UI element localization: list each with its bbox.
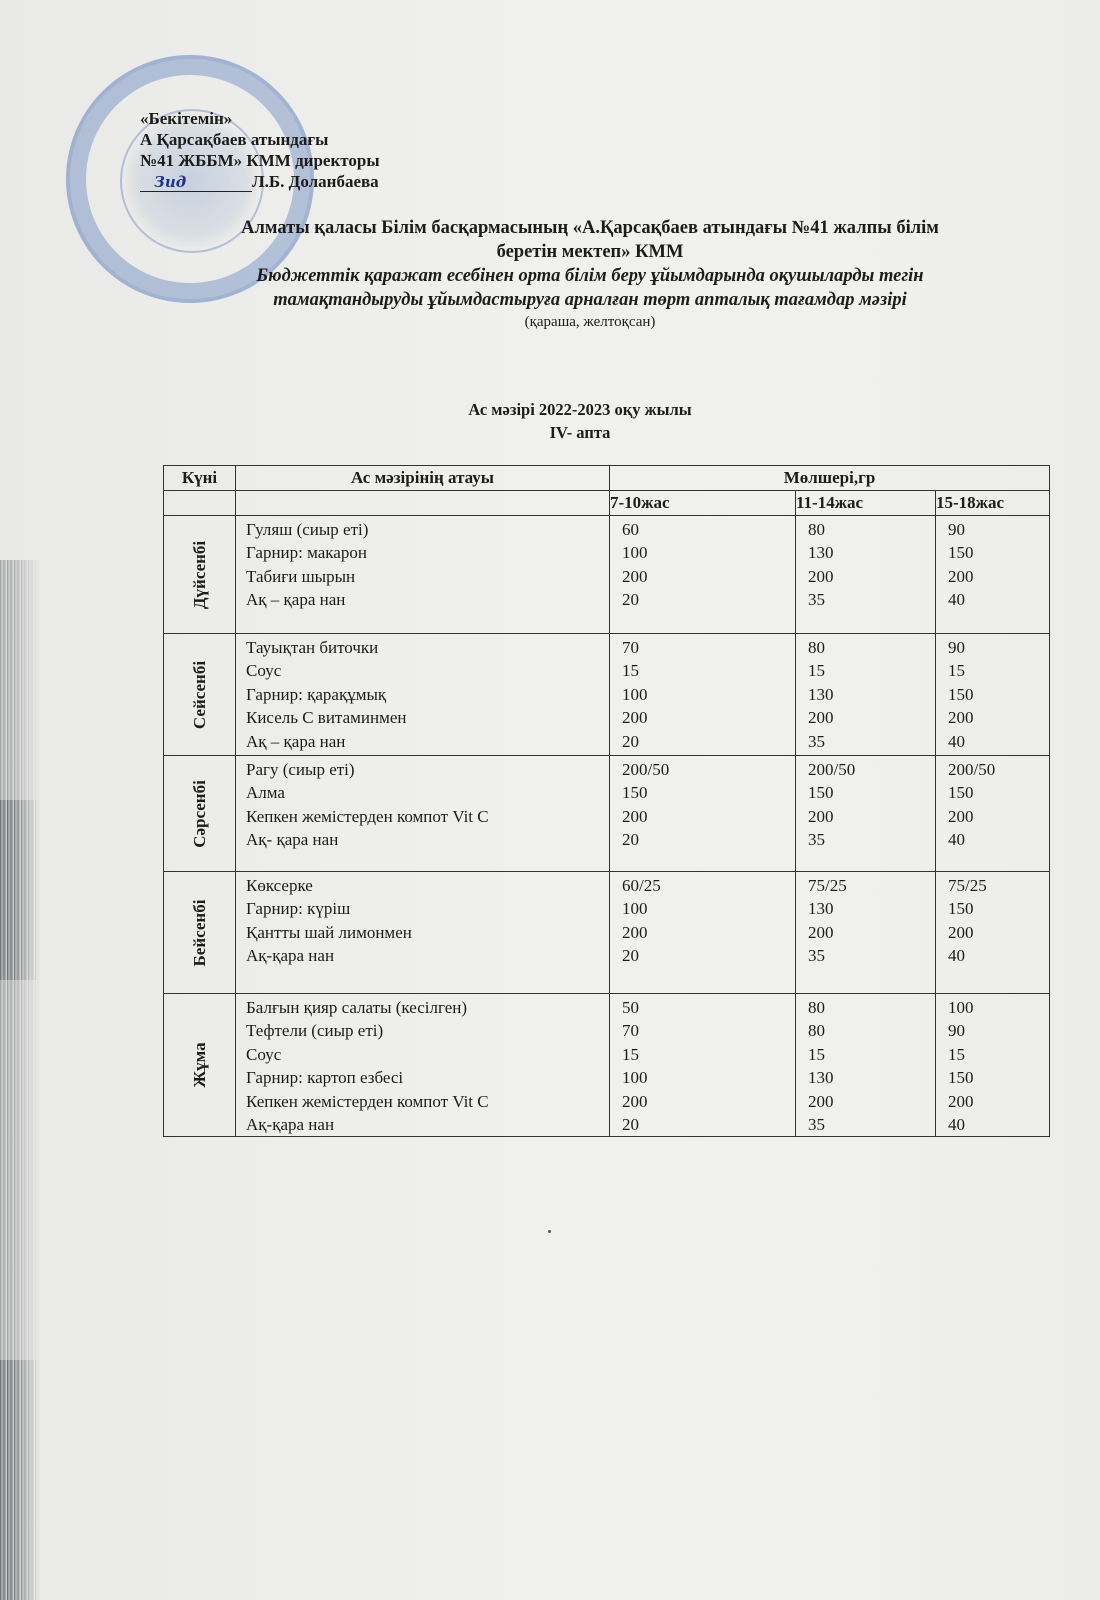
header-blank xyxy=(236,491,610,516)
menu-heading: Ас мәзірі 2022-2023 оқу жылы IV- апта xyxy=(150,398,1010,444)
day-label: Сәрсенбі xyxy=(190,780,210,848)
approval-position: №41 ЖББМ» КММ директоры xyxy=(140,150,380,171)
dish-item: Алма xyxy=(246,781,609,804)
amount-value: 20 xyxy=(622,1113,795,1136)
amount-value: 20 xyxy=(622,828,795,851)
dish-cell: Рагу (сиыр еті)АлмаКепкен жемістерден ко… xyxy=(236,756,610,872)
dish-item: Кепкен жемістерден компот Vit C xyxy=(246,1090,609,1113)
amount-cell-15-18: 75/2515020040 xyxy=(936,872,1050,994)
amount-value: 40 xyxy=(948,1113,1049,1136)
amount-value: 200 xyxy=(948,805,1049,828)
amount-value: 200 xyxy=(948,565,1049,588)
amount-cell-7-10: 200/5015020020 xyxy=(610,756,796,872)
amount-value: 200 xyxy=(948,921,1049,944)
amount-value: 50 xyxy=(622,996,795,1019)
scan-edge-shadow xyxy=(0,1360,40,1600)
amount-value: 200/50 xyxy=(948,758,1049,781)
table-row: ЖұмаБалғын қияр салаты (кесілген)Тефтели… xyxy=(164,994,1050,1137)
amount-value: 15 xyxy=(622,1043,795,1066)
day-label: Сейсенбі xyxy=(190,660,210,728)
amount-value: 60 xyxy=(622,518,795,541)
amount-value: 100 xyxy=(622,541,795,564)
header-age-7-10: 7-10жас xyxy=(610,491,796,516)
amount-value: 200/50 xyxy=(808,758,935,781)
approval-signature-line: ЗидЛ.Б. Доланбаева xyxy=(140,171,380,192)
dish-item: Табиғи шырын xyxy=(246,565,609,588)
amount-value: 40 xyxy=(948,828,1049,851)
amount-cell-11-14: 80801513020035 xyxy=(796,994,936,1137)
dish-item: Қантты шай лимонмен xyxy=(246,921,609,944)
amount-value: 150 xyxy=(948,897,1049,920)
day-label: Дүйсенбі xyxy=(190,540,210,608)
amount-value: 35 xyxy=(808,944,935,967)
table-row: СәрсенбіРагу (сиыр еті)АлмаКепкен жеміст… xyxy=(164,756,1050,872)
day-cell: Сәрсенбі xyxy=(164,756,236,872)
dish-item: Гарнир: қарақұмық xyxy=(246,683,609,706)
dish-item: Көксерке xyxy=(246,874,609,897)
amount-value: 100 xyxy=(622,897,795,920)
dish-item: Ақ-қара нан xyxy=(246,944,609,967)
header-dish: Ас мәзірінің атауы xyxy=(236,466,610,491)
dish-item: Кисель С витаминмен xyxy=(246,706,609,729)
amount-value: 100 xyxy=(622,1066,795,1089)
header-age-15-18: 15-18жас xyxy=(936,491,1050,516)
amount-value: 200 xyxy=(948,706,1049,729)
document-title: Алматы қаласы Білім басқармасының «А.Қар… xyxy=(140,216,1040,332)
amount-value: 200 xyxy=(622,805,795,828)
amount-value: 60/25 xyxy=(622,874,795,897)
title-line-2: беретін мектеп» КММ xyxy=(140,240,1040,264)
amount-value: 70 xyxy=(622,1019,795,1042)
title-line-1: Алматы қаласы Білім басқармасының «А.Қар… xyxy=(140,216,1040,240)
dish-item: Кепкен жемістерден компот Vit C xyxy=(246,805,609,828)
title-line-4: тамақтандыруды ұйымдастыруға арналған тө… xyxy=(140,288,1040,312)
amount-value: 35 xyxy=(808,1113,935,1136)
amount-value: 200 xyxy=(808,565,935,588)
amount-value: 80 xyxy=(808,996,935,1019)
amount-value: 200 xyxy=(808,805,935,828)
director-name: Л.Б. Доланбаева xyxy=(252,172,379,191)
dish-item: Тефтели (сиыр еті) xyxy=(246,1019,609,1042)
day-cell: Бейсенбі xyxy=(164,872,236,994)
amount-value: 150 xyxy=(808,781,935,804)
table-row: ДүйсенбіГуляш (сиыр еті)Гарнир: макаронТ… xyxy=(164,516,1050,634)
amount-value: 200 xyxy=(622,921,795,944)
amount-value: 90 xyxy=(948,1019,1049,1042)
amount-cell-15-18: 200/5015020040 xyxy=(936,756,1050,872)
table-row: СейсенбіТауықтан биточкиСоусГарнир: қара… xyxy=(164,634,1050,756)
dish-item: Ақ – қара нан xyxy=(246,588,609,611)
amount-value: 15 xyxy=(948,1043,1049,1066)
approval-school: А Қарсақбаев атындағы xyxy=(140,129,380,150)
dish-item: Гарнир: картоп езбесі xyxy=(246,1066,609,1089)
amount-value: 80 xyxy=(808,636,935,659)
amount-value: 20 xyxy=(622,588,795,611)
amount-value: 90 xyxy=(948,518,1049,541)
amount-value: 100 xyxy=(948,996,1049,1019)
table-row: БейсенбіКөксеркеГарнир: күрішҚантты шай … xyxy=(164,872,1050,994)
dish-item: Ақ – қара нан xyxy=(246,730,609,753)
table-header-row: Күні Ас мәзірінің атауы Мөлшері,гр xyxy=(164,466,1050,491)
menu-year: Ас мәзірі 2022-2023 оқу жылы xyxy=(150,398,1010,421)
amount-value: 70 xyxy=(622,636,795,659)
amount-value: 130 xyxy=(808,1066,935,1089)
dish-item: Гарнир: күріш xyxy=(246,897,609,920)
amount-cell-11-14: 75/2513020035 xyxy=(796,872,936,994)
title-line-3: Бюджеттік қаражат есебінен орта білім бе… xyxy=(140,264,1040,288)
amount-cell-15-18: 100901515020040 xyxy=(936,994,1050,1137)
amount-cell-11-14: 801513020035 xyxy=(796,634,936,756)
amount-value: 200 xyxy=(808,921,935,944)
menu-week: IV- апта xyxy=(150,421,1010,444)
amount-value: 150 xyxy=(948,541,1049,564)
amount-value: 35 xyxy=(808,730,935,753)
amount-value: 35 xyxy=(808,828,935,851)
amount-value: 200/50 xyxy=(622,758,795,781)
amount-value: 40 xyxy=(948,730,1049,753)
amount-value: 200 xyxy=(948,1090,1049,1113)
header-blank xyxy=(164,491,236,516)
dish-item: Рагу (сиыр еті) xyxy=(246,758,609,781)
approval-block: «Бекітемін» А Қарсақбаев атындағы №41 ЖБ… xyxy=(140,108,380,192)
amount-cell-11-14: 8013020035 xyxy=(796,516,936,634)
stray-mark xyxy=(548,1230,551,1233)
dish-cell: КөксеркеГарнир: күрішҚантты шай лимонмен… xyxy=(236,872,610,994)
amount-value: 40 xyxy=(948,588,1049,611)
title-period: (қараша, желтоқсан) xyxy=(140,312,1040,332)
amount-value: 200 xyxy=(622,565,795,588)
dish-cell: Тауықтан биточкиСоусГарнир: қарақұмықКис… xyxy=(236,634,610,756)
amount-value: 150 xyxy=(948,1066,1049,1089)
amount-value: 130 xyxy=(808,683,935,706)
amount-cell-15-18: 901515020040 xyxy=(936,634,1050,756)
amount-cell-15-18: 9015020040 xyxy=(936,516,1050,634)
amount-cell-7-10: 701510020020 xyxy=(610,634,796,756)
amount-value: 130 xyxy=(808,897,935,920)
amount-value: 150 xyxy=(622,781,795,804)
amount-value: 200 xyxy=(622,1090,795,1113)
amount-value: 200 xyxy=(808,1090,935,1113)
dish-item: Гарнир: макарон xyxy=(246,541,609,564)
dish-item: Ақ- қара нан xyxy=(246,828,609,851)
amount-value: 15 xyxy=(622,659,795,682)
amount-cell-7-10: 50701510020020 xyxy=(610,994,796,1137)
dish-item: Гуляш (сиыр еті) xyxy=(246,518,609,541)
dish-item: Тауықтан биточки xyxy=(246,636,609,659)
amount-value: 80 xyxy=(808,518,935,541)
dish-item: Ақ-қара нан xyxy=(246,1113,609,1136)
signature: Зид xyxy=(140,174,252,192)
amount-value: 20 xyxy=(622,944,795,967)
day-cell: Дүйсенбі xyxy=(164,516,236,634)
amount-value: 200 xyxy=(622,706,795,729)
amount-value: 200 xyxy=(808,706,935,729)
amount-value: 100 xyxy=(622,683,795,706)
amount-value: 20 xyxy=(622,730,795,753)
amount-value: 90 xyxy=(948,636,1049,659)
header-amount: Мөлшері,гр xyxy=(610,466,1050,491)
day-label: Бейсенбі xyxy=(190,899,210,966)
scan-edge-shadow xyxy=(0,800,40,980)
amount-cell-7-10: 6010020020 xyxy=(610,516,796,634)
dish-cell: Гуляш (сиыр еті)Гарнир: макаронТабиғи шы… xyxy=(236,516,610,634)
dish-item: Соус xyxy=(246,659,609,682)
amount-value: 15 xyxy=(808,659,935,682)
dish-cell: Балғын қияр салаты (кесілген)Тефтели (си… xyxy=(236,994,610,1137)
approval-title: «Бекітемін» xyxy=(140,108,380,129)
dish-item: Балғын қияр салаты (кесілген) xyxy=(246,996,609,1019)
amount-value: 75/25 xyxy=(948,874,1049,897)
amount-value: 150 xyxy=(948,683,1049,706)
amount-value: 40 xyxy=(948,944,1049,967)
amount-value: 130 xyxy=(808,541,935,564)
amount-cell-11-14: 200/5015020035 xyxy=(796,756,936,872)
table-subheader-row: 7-10жас 11-14жас 15-18жас xyxy=(164,491,1050,516)
header-day: Күні xyxy=(164,466,236,491)
day-label: Жұма xyxy=(190,1043,210,1088)
amount-value: 75/25 xyxy=(808,874,935,897)
day-cell: Сейсенбі xyxy=(164,634,236,756)
amount-cell-7-10: 60/2510020020 xyxy=(610,872,796,994)
menu-table: Күні Ас мәзірінің атауы Мөлшері,гр 7-10ж… xyxy=(163,465,1050,1137)
amount-value: 80 xyxy=(808,1019,935,1042)
amount-value: 35 xyxy=(808,588,935,611)
day-cell: Жұма xyxy=(164,994,236,1137)
amount-value: 150 xyxy=(948,781,1049,804)
header-age-11-14: 11-14жас xyxy=(796,491,936,516)
amount-value: 15 xyxy=(808,1043,935,1066)
amount-value: 15 xyxy=(948,659,1049,682)
dish-item: Соус xyxy=(246,1043,609,1066)
